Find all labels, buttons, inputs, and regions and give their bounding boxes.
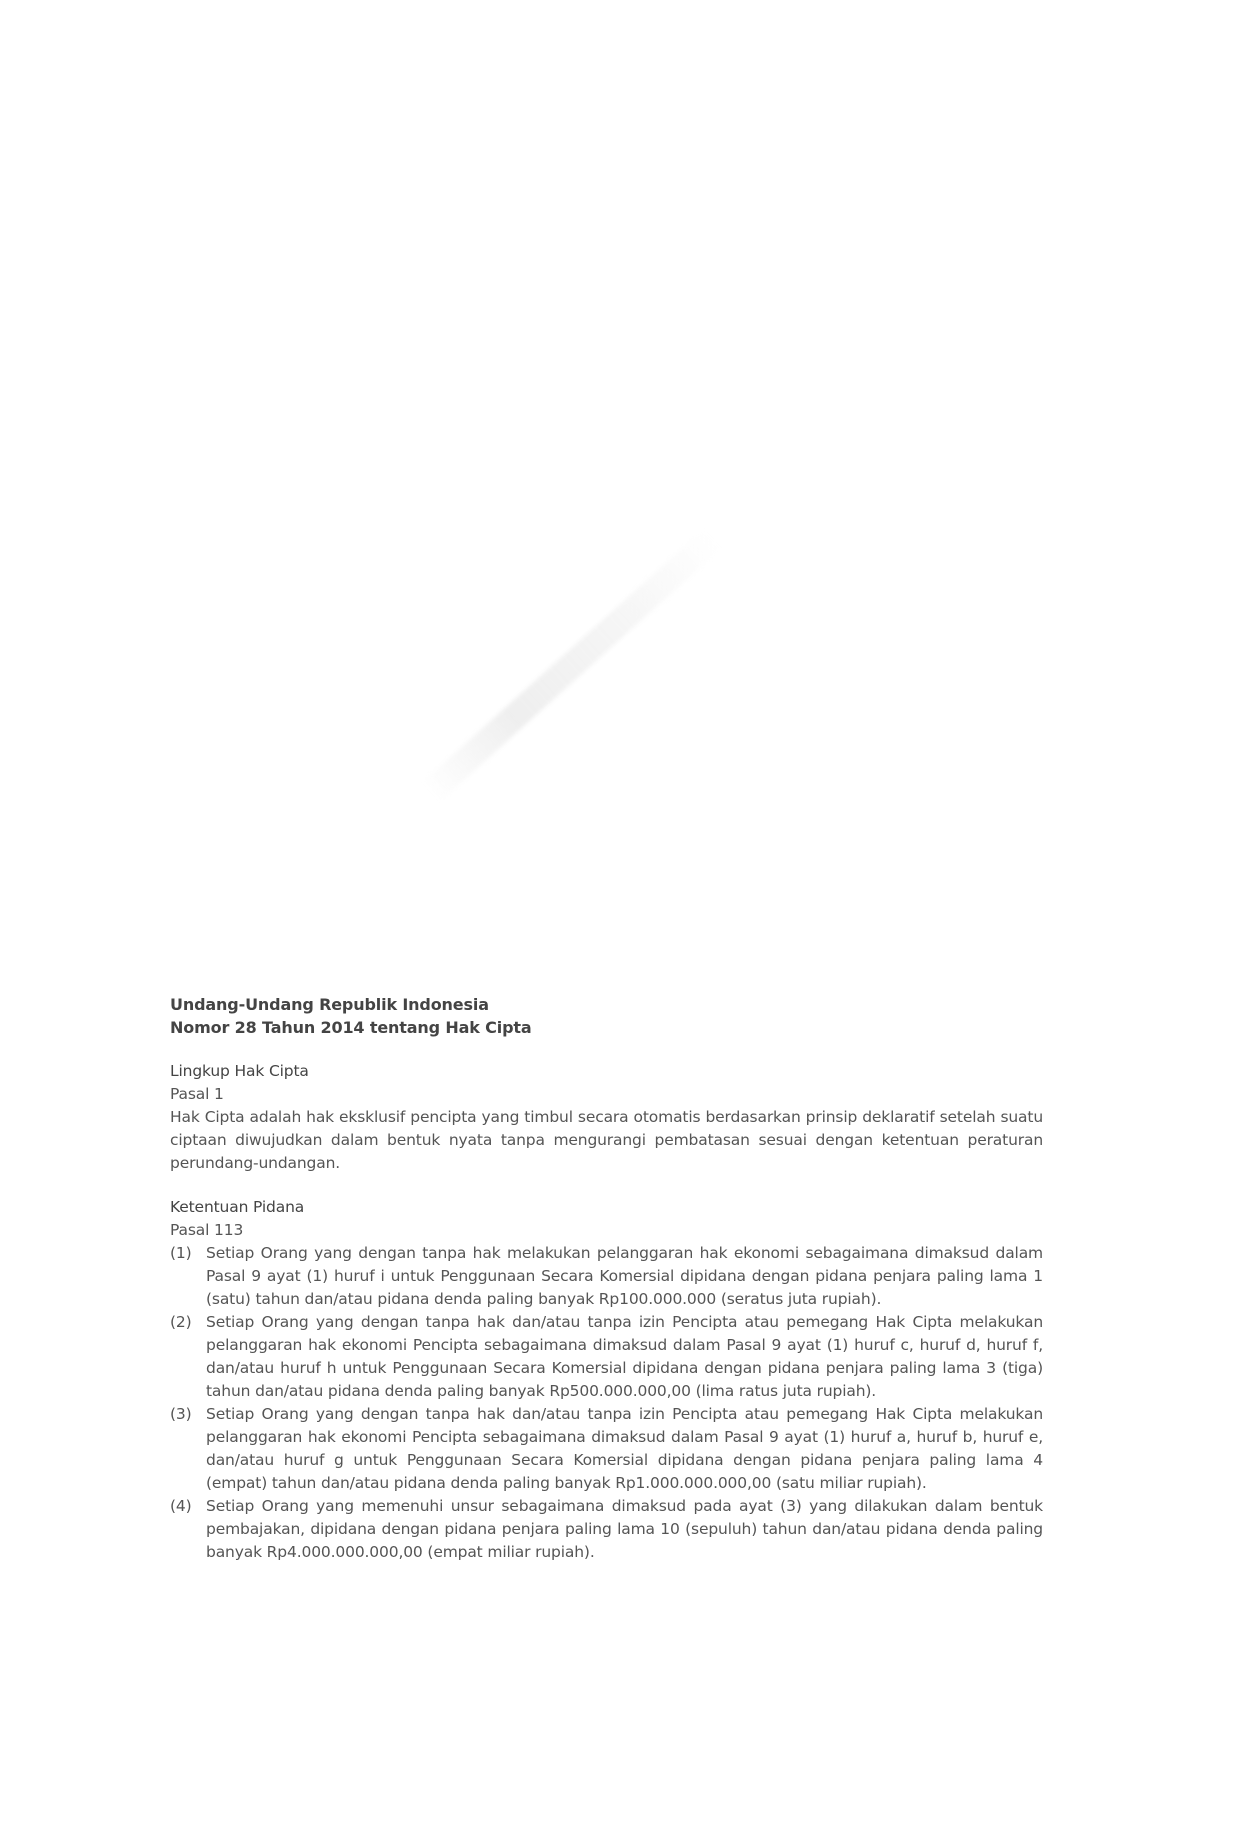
pasal-label: Pasal 113 — [170, 1219, 1043, 1242]
ayat-number: (1) — [170, 1242, 192, 1265]
law-title: Undang-Undang Republik Indonesia Nomor 2… — [170, 993, 1043, 1039]
ayat-item: (4) Setiap Orang yang memenuhi unsur seb… — [170, 1495, 1043, 1564]
ayat-number: (3) — [170, 1403, 192, 1426]
ayat-text: Setiap Orang yang dengan tanpa hak melak… — [206, 1244, 1043, 1308]
ayat-item: (3) Setiap Orang yang dengan tanpa hak d… — [170, 1403, 1043, 1495]
ayat-item: (1) Setiap Orang yang dengan tanpa hak m… — [170, 1242, 1043, 1311]
section-lingkup-hak-cipta: Lingkup Hak Cipta Pasal 1 Hak Cipta adal… — [170, 1060, 1043, 1175]
document-page: Undang-Undang Republik Indonesia Nomor 2… — [170, 993, 1043, 1585]
pasal-label: Pasal 1 — [170, 1083, 1043, 1106]
law-title-line-2: Nomor 28 Tahun 2014 tentang Hak Cipta — [170, 1016, 1043, 1039]
law-title-line-1: Undang-Undang Republik Indonesia — [170, 993, 1043, 1016]
ayat-text: Setiap Orang yang memenuhi unsur sebagai… — [206, 1497, 1043, 1561]
section-heading: Lingkup Hak Cipta — [170, 1060, 1043, 1083]
ayat-number: (2) — [170, 1311, 192, 1334]
ayat-list: (1) Setiap Orang yang dengan tanpa hak m… — [170, 1242, 1043, 1564]
ayat-item: (2) Setiap Orang yang dengan tanpa hak d… — [170, 1311, 1043, 1403]
section-heading: Ketentuan Pidana — [170, 1196, 1043, 1219]
ayat-text: Setiap Orang yang dengan tanpa hak dan/a… — [206, 1405, 1043, 1492]
watermark — [421, 529, 721, 803]
ayat-number: (4) — [170, 1495, 192, 1518]
pasal-body: Hak Cipta adalah hak eksklusif pencipta … — [170, 1106, 1043, 1175]
ayat-text: Setiap Orang yang dengan tanpa hak dan/a… — [206, 1313, 1043, 1400]
section-ketentuan-pidana: Ketentuan Pidana Pasal 113 (1) Setiap Or… — [170, 1196, 1043, 1564]
